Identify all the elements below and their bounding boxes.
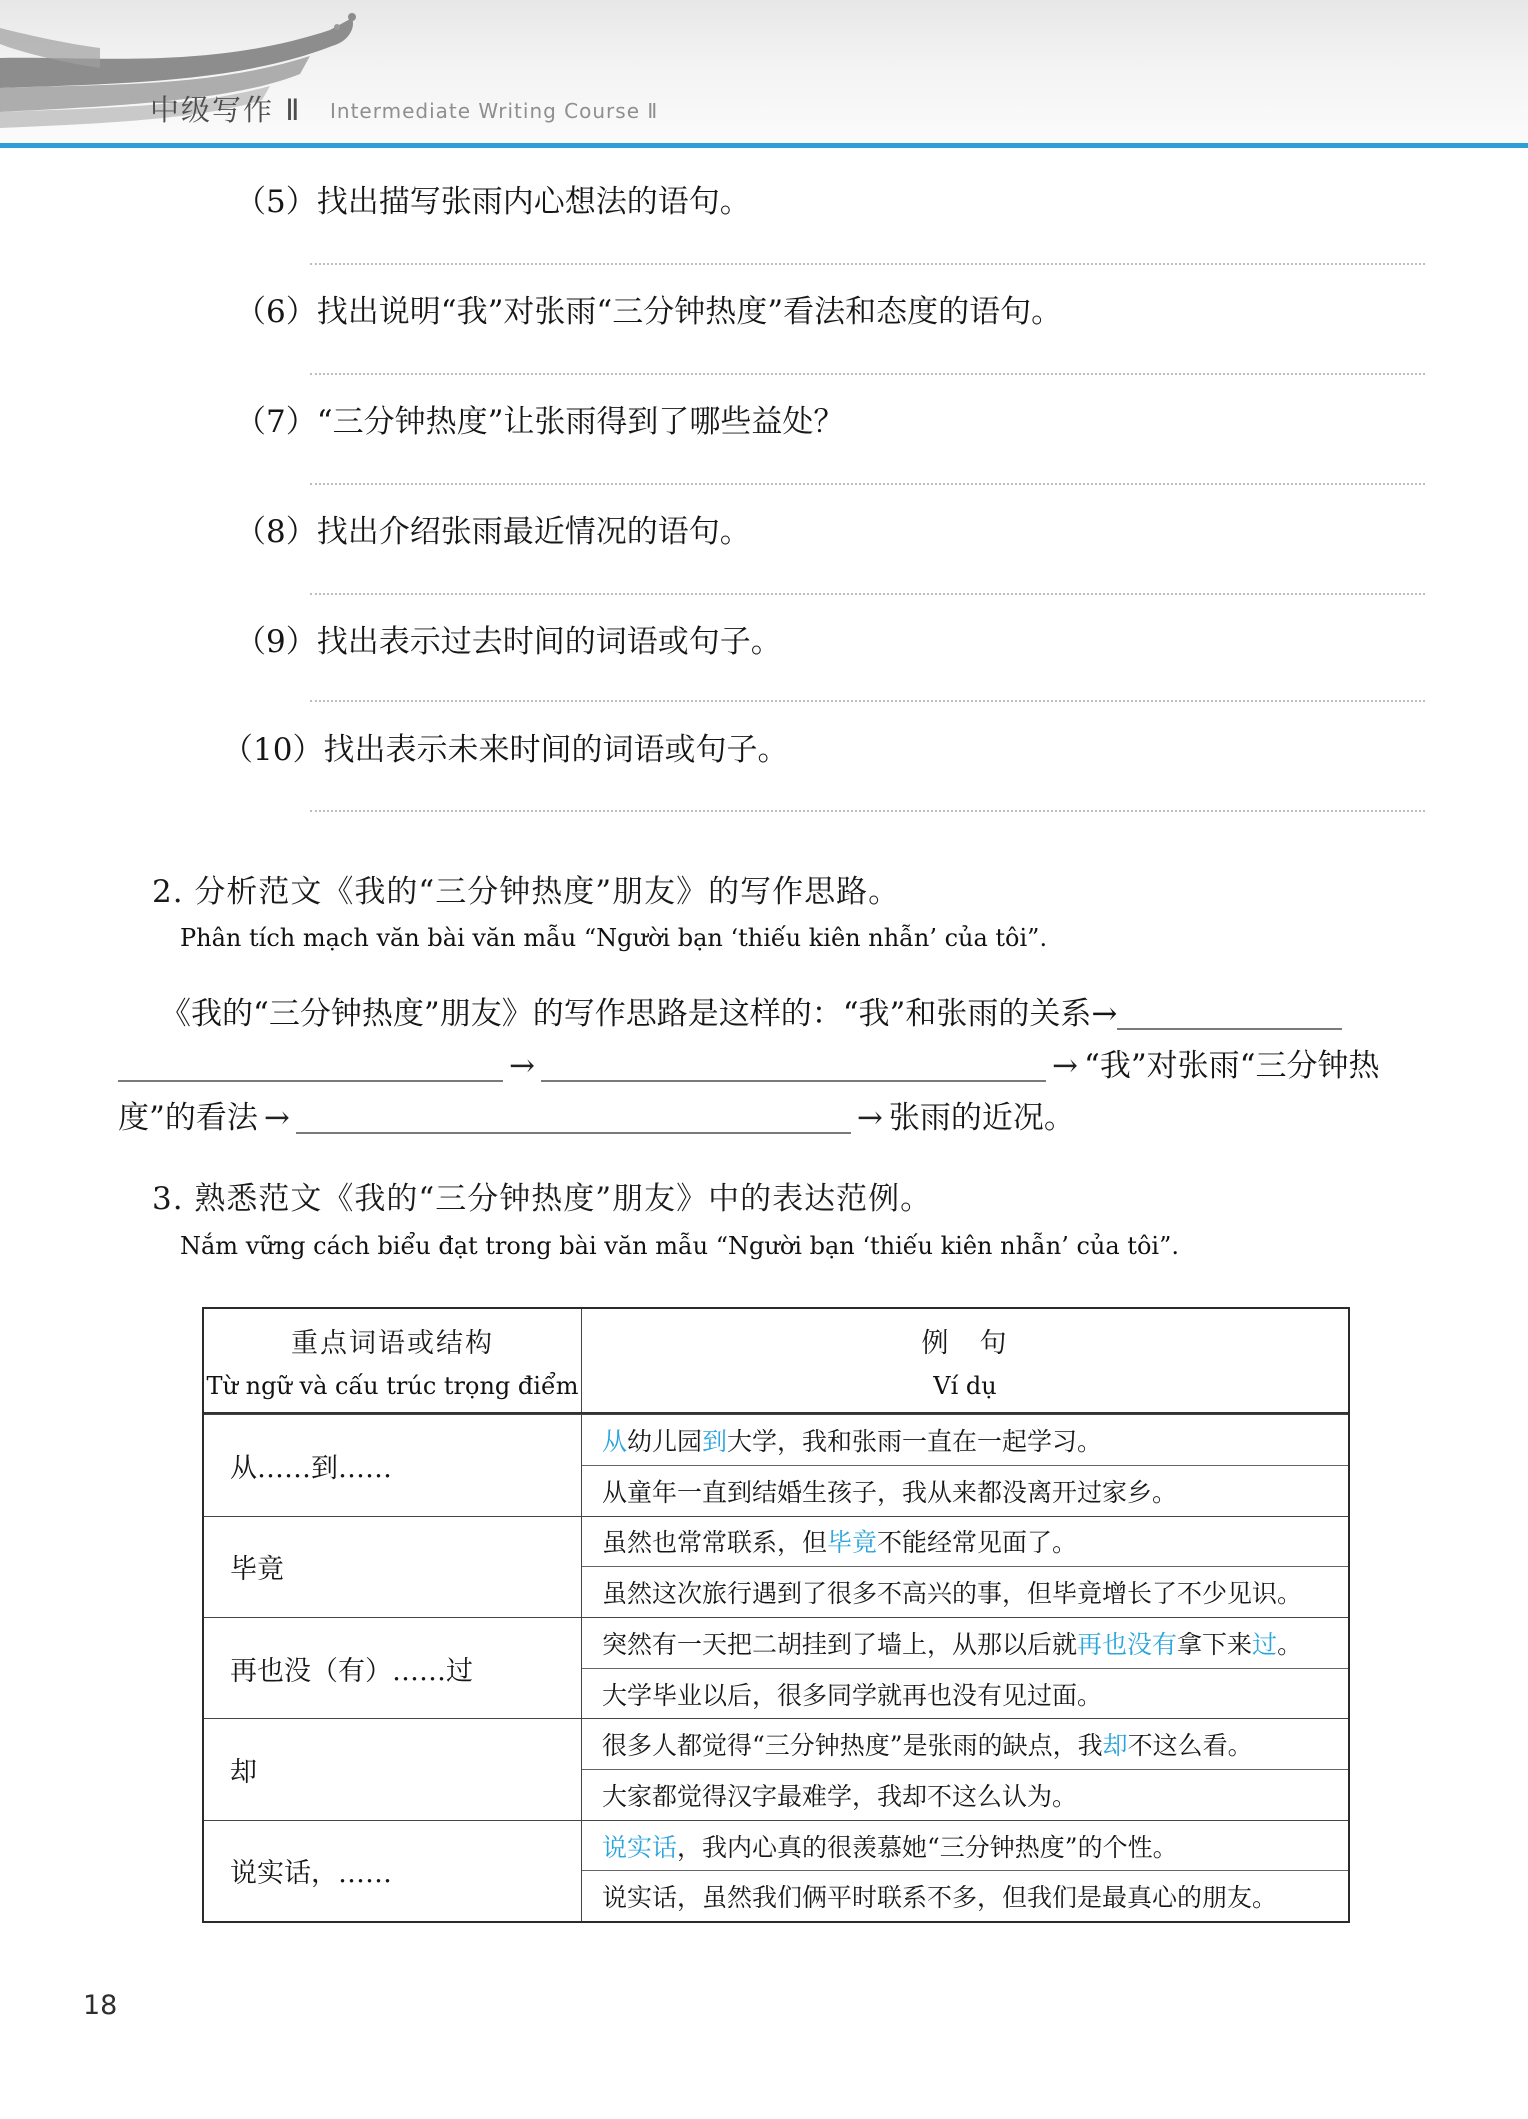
- example-sentence: 很多人都觉得“三分钟热度”是张雨的缺点，我却不这么看。: [582, 1719, 1348, 1770]
- flow-line-2: →→“我”对张雨“三分钟热: [118, 1040, 1380, 1085]
- example-sentence: 说实话，虽然我们俩平时联系不多，但我们是最真心的朋友。: [582, 1871, 1348, 1921]
- table-row: 从……到…… 从幼儿园到大学，我和张雨一直在一起学习。 从童年一直到结婚生孩子，…: [204, 1414, 1348, 1515]
- header-examples-zh: 例 句: [922, 1321, 1009, 1360]
- expression-table: 重点词语或结构 Từ ngữ và cấu trúc trọng điểm 例 …: [202, 1307, 1350, 1923]
- example-sentence: 突然有一天把二胡挂到了墙上，从那以后就再也没有拿下来过。: [582, 1618, 1348, 1669]
- flow-blank-3: [541, 1076, 1046, 1082]
- question-10: （10）找出表示未来时间的词语或句子。: [222, 733, 788, 769]
- example-column: 从幼儿园到大学，我和张雨一直在一起学习。 从童年一直到结婚生孩子，我从来都没离开…: [582, 1415, 1348, 1515]
- example-sentence: 虽然这次旅行遇到了很多不高兴的事，但毕竟增长了不少见识。: [582, 1567, 1348, 1617]
- course-title-english: Intermediate Writing Course Ⅱ: [330, 99, 658, 123]
- pattern-cell: 却: [204, 1719, 582, 1819]
- arrow-right-icon: →: [503, 1048, 541, 1084]
- answer-line: [310, 373, 1425, 375]
- section-3-heading: 3. 熟悉范文《我的“三分钟热度”朋友》中的表达范例。: [152, 1173, 932, 1218]
- example-sentence: 从幼儿园到大学，我和张雨一直在一起学习。: [582, 1415, 1348, 1466]
- header-pattern-zh: 重点词语或结构: [291, 1321, 494, 1360]
- section-3-vietnamese: Nắm vững cách biểu đạt trong bài văn mẫu…: [180, 1232, 1179, 1260]
- table-row: 说实话，…… 说实话，我内心真的很羡慕她“三分钟热度”的个性。 说实话，虽然我们…: [204, 1820, 1348, 1921]
- arrow-right-icon: →: [851, 1100, 889, 1136]
- flow-line-1: 《我的“三分钟热度”朋友》的写作思路是这样的：“我”和张雨的关系→: [160, 988, 1342, 1033]
- answer-line: [310, 263, 1425, 265]
- flow-blank-4: [296, 1128, 851, 1134]
- question-9: （9）找出表示过去时间的词语或句子。: [235, 625, 782, 661]
- question-5: （5）找出描写张雨内心想法的语句。: [235, 185, 751, 221]
- question-8: （8）找出介绍张雨最近情况的语句。: [235, 515, 751, 551]
- arrow-right-icon: →: [1046, 1048, 1084, 1084]
- flow-line-3-pre: 度”的看法: [118, 1100, 258, 1136]
- flow-line-2-text: “我”对张雨“三分钟热: [1084, 1048, 1380, 1084]
- header-divider: [0, 143, 1528, 148]
- example-sentence: 大家都觉得汉字最难学，我却不这么认为。: [582, 1770, 1348, 1820]
- example-sentence: 虽然也常常联系，但毕竟不能经常见面了。: [582, 1517, 1348, 1568]
- example-sentence: 从童年一直到结婚生孩子，我从来都没离开过家乡。: [582, 1466, 1348, 1516]
- section-2-vietnamese: Phân tích mạch văn bài văn mẫu “Người bạ…: [180, 924, 1047, 952]
- flow-line-1-text: 《我的“三分钟热度”朋友》的写作思路是这样的：“我”和张雨的关系→: [160, 996, 1117, 1032]
- arrow-right-icon: →: [258, 1100, 296, 1136]
- example-column: 很多人都觉得“三分钟热度”是张雨的缺点，我却不这么看。 大家都觉得汉字最难学，我…: [582, 1719, 1348, 1819]
- example-sentence: 大学毕业以后，很多同学就再也没有见过面。: [582, 1669, 1348, 1719]
- example-sentence: 说实话，我内心真的很羡慕她“三分钟热度”的个性。: [582, 1821, 1348, 1872]
- course-title: 中级写作 Ⅱ: [150, 88, 302, 129]
- table-header-examples: 例 句 Ví dụ: [582, 1309, 1348, 1412]
- answer-line: [310, 483, 1425, 485]
- example-column: 突然有一天把二胡挂到了墙上，从那以后就再也没有拿下来过。 大学毕业以后，很多同学…: [582, 1618, 1348, 1718]
- table-row: 再也没（有）……过 突然有一天把二胡挂到了墙上，从那以后就再也没有拿下来过。 大…: [204, 1617, 1348, 1718]
- flow-line-3-post: 张雨的近况。: [889, 1100, 1075, 1136]
- answer-line: [310, 700, 1425, 702]
- pattern-cell: 毕竟: [204, 1517, 582, 1617]
- pattern-cell: 从……到……: [204, 1415, 582, 1515]
- page-number: 18: [83, 1990, 117, 2021]
- example-column: 虽然也常常联系，但毕竟不能经常见面了。 虽然这次旅行遇到了很多不高兴的事，但毕竟…: [582, 1517, 1348, 1617]
- flow-blank-2: [118, 1076, 503, 1082]
- header-examples-vi: Ví dụ: [933, 1372, 996, 1400]
- answer-line: [310, 810, 1425, 812]
- question-6: （6）找出说明“我”对张雨“三分钟热度”看法和态度的语句。: [235, 295, 1062, 331]
- pattern-cell: 再也没（有）……过: [204, 1618, 582, 1718]
- table-row: 却 很多人都觉得“三分钟热度”是张雨的缺点，我却不这么看。 大家都觉得汉字最难学…: [204, 1718, 1348, 1819]
- table-header-pattern: 重点词语或结构 Từ ngữ và cấu trúc trọng điểm: [204, 1309, 582, 1412]
- pattern-cell: 说实话，……: [204, 1821, 582, 1921]
- flow-line-3: 度”的看法→→张雨的近况。: [118, 1092, 1075, 1137]
- section-2-heading: 2. 分析范文《我的“三分钟热度”朋友》的写作思路。: [152, 866, 900, 911]
- example-column: 说实话，我内心真的很羡慕她“三分钟热度”的个性。 说实话，虽然我们俩平时联系不多…: [582, 1821, 1348, 1921]
- textbook-page: 中级写作 Ⅱ Intermediate Writing Course Ⅱ （5）…: [0, 0, 1528, 2119]
- flow-blank-1: [1117, 1024, 1342, 1030]
- answer-line: [310, 593, 1425, 595]
- header-band: 中级写作 Ⅱ Intermediate Writing Course Ⅱ: [0, 0, 1528, 143]
- header-pattern-vi: Từ ngữ và cấu trúc trọng điểm: [207, 1372, 579, 1400]
- table-header-row: 重点词语或结构 Từ ngữ và cấu trúc trọng điểm 例 …: [204, 1309, 1348, 1414]
- table-row: 毕竟 虽然也常常联系，但毕竟不能经常见面了。 虽然这次旅行遇到了很多不高兴的事，…: [204, 1516, 1348, 1617]
- question-7: （7）“三分钟热度”让张雨得到了哪些益处？: [235, 405, 844, 441]
